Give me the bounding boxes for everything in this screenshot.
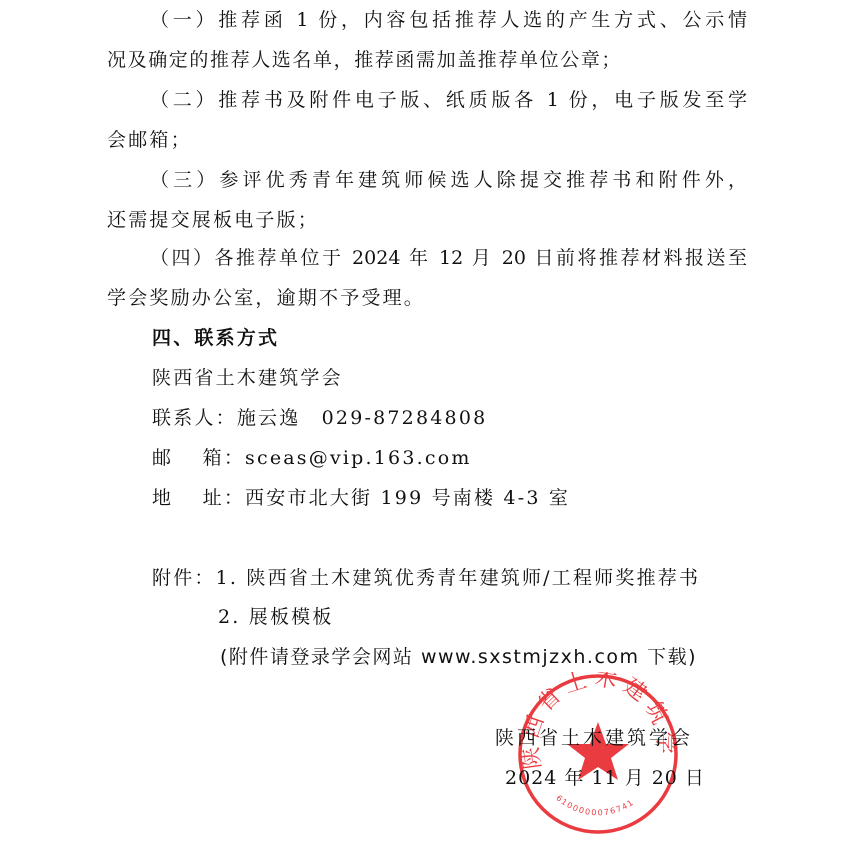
contact-person-value: 施云逸 029-87284808: [237, 407, 488, 429]
item3-line1: （三）参评优秀青年建筑师候选人除提交推荐书和附件外，: [150, 168, 747, 192]
contact-person-label: 联系人：: [152, 407, 237, 429]
item1-line2: 况及确定的推荐人选名单，推荐函需加盖推荐单位公章；: [107, 48, 747, 72]
item4-line1: （四）各推荐单位于 2024 年 12 月 20 日前将推荐材料报送至: [150, 246, 747, 270]
address-label: 地 址：: [152, 487, 245, 509]
attachment-item-2: 2. 展板模板: [218, 605, 334, 629]
attachments-row: 附件：1. 陕西省土木建筑优秀青年建筑师/工程师奖推荐书: [152, 566, 700, 590]
contact-heading: 四、联系方式: [152, 326, 279, 350]
item4-line2: 学会奖励办公室，逾期不予受理。: [107, 286, 425, 310]
item1-line1: （一）推荐函 1 份，内容包括推荐人选的产生方式、公示情: [150, 8, 747, 32]
address-value: 西安市北大街 199 号南楼 4-3 室: [245, 487, 570, 509]
item2-line2: 会邮箱；: [107, 128, 192, 152]
attachment-item-1: 1. 陕西省土木建筑优秀青年建筑师/工程师奖推荐书: [216, 567, 701, 589]
contact-organization: 陕西省土木建筑学会: [152, 366, 343, 390]
address-row: 地 址：西安市北大街 199 号南楼 4-3 室: [152, 486, 570, 510]
contact-person-row: 联系人：施云逸 029-87284808: [152, 406, 487, 430]
official-seal-stamp: 陕西省土木建筑学会 6100000076741: [516, 672, 680, 836]
signature-date: 2024 年 11 月 20 日: [505, 766, 705, 790]
signature-organization: 陕西省土木建筑学会: [495, 726, 693, 750]
item3-line2: 还需提交展板电子版；: [107, 208, 319, 232]
email-label: 邮 箱：: [152, 447, 245, 469]
item2-line1: （二）推荐书及附件电子版、纸质版各 1 份，电子版发至学: [150, 88, 747, 112]
email-value[interactable]: sceas@vip.163.com: [245, 447, 472, 469]
email-row: 邮 箱：sceas@vip.163.com: [152, 446, 472, 470]
attachments-label: 附件：: [152, 567, 216, 589]
attachments-note: (附件请登录学会网站 www.sxstmjzxh.com 下载): [220, 645, 697, 669]
stamp-serial: 6100000076741: [554, 793, 636, 817]
